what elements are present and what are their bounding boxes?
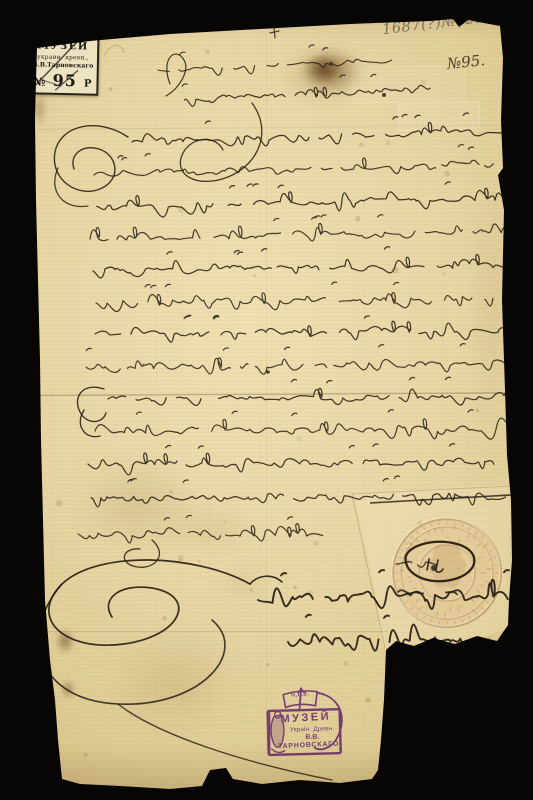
handwriting-line xyxy=(94,145,493,176)
handwriting-line xyxy=(90,215,514,241)
handwriting-line xyxy=(158,45,392,75)
handwriting-line xyxy=(182,74,430,106)
handwriting-line xyxy=(91,476,506,507)
handwriting-line xyxy=(88,444,494,475)
ink-flourish xyxy=(54,126,128,192)
pen-strike-marks xyxy=(22,18,104,99)
ink-dot xyxy=(382,93,386,97)
ink-dot xyxy=(266,370,270,374)
document-paper: Ч. Г. З. МУЗЕЙ украин. древн., В.В.Тарно… xyxy=(0,0,533,800)
photo-backdrop: Ч. Г. З. МУЗЕЙ украин. древн., В.В.Тарно… xyxy=(0,0,533,800)
pencil-mark xyxy=(104,46,124,56)
ink-flourish xyxy=(270,27,279,38)
handwriting-line xyxy=(95,410,510,439)
handwriting-line xyxy=(97,182,516,217)
handwriting-layer xyxy=(0,0,533,800)
ink-flourish xyxy=(39,584,225,704)
ink-flourish xyxy=(77,387,106,437)
signature-line xyxy=(258,570,509,609)
signature-line xyxy=(288,615,471,659)
archival-label: Ч. Г. З. МУЗЕЙ украин. древн., В.В.Тарно… xyxy=(26,22,99,95)
handwriting-line xyxy=(78,515,323,543)
handwriting-line xyxy=(93,247,506,278)
handwriting-line xyxy=(95,315,513,342)
ink-flourish xyxy=(405,542,474,581)
ink-flourish xyxy=(166,54,186,96)
signature-line xyxy=(396,562,436,567)
ink-flourish xyxy=(404,642,450,730)
ink-dot xyxy=(330,62,333,65)
ink-flourish xyxy=(124,540,159,567)
ink-flourish xyxy=(49,560,250,645)
handwriting-line xyxy=(96,282,493,311)
ink-dot xyxy=(431,565,437,571)
label-line-org: Ч. Г. З. xyxy=(30,28,96,38)
handwriting-line xyxy=(108,377,519,405)
museum-stamp: Ч.Г.З. МУЗЕЙ Украін. Древн. В.В. ТАРНОВС… xyxy=(255,685,357,766)
ink-flourish xyxy=(180,103,261,181)
handwriting-line xyxy=(132,113,514,146)
ink-flourish xyxy=(250,576,282,584)
handwriting-line xyxy=(86,344,506,375)
